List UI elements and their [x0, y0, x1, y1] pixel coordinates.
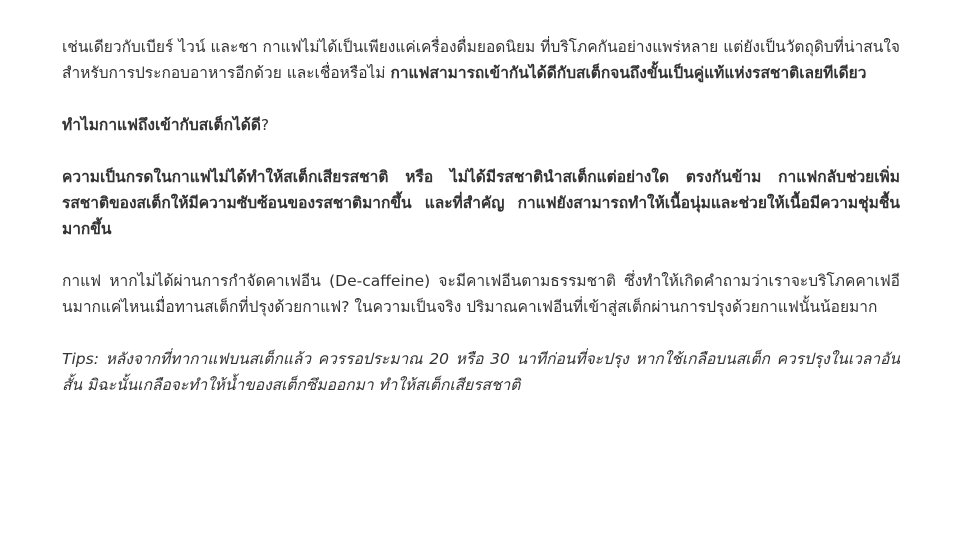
- tips-text: Tips: หลังจากที่ทากาแฟบนสเต็กแล้ว ควรรอป…: [62, 350, 900, 394]
- tips-paragraph: Tips: หลังจากที่ทากาแฟบนสเต็กแล้ว ควรรอป…: [62, 346, 900, 398]
- answer-paragraph: ความเป็นกรดในกาแฟไม่ได้ทำให้สเต็กเสียรสช…: [62, 164, 900, 242]
- caffeine-text: กาแฟ หากไม่ได้ผ่านการกำจัดคาเฟอีน (De-ca…: [62, 272, 900, 316]
- article-body: เช่นเดียวกับเบียร์ ไวน์ และชา กาแฟไม่ได้…: [62, 34, 900, 398]
- question-heading-text: ทำไมกาแฟถึงเข้ากับสเต็กได้ดี: [62, 116, 261, 134]
- caffeine-paragraph: กาแฟ หากไม่ได้ผ่านการกำจัดคาเฟอีน (De-ca…: [62, 268, 900, 320]
- question-heading: ทำไมกาแฟถึงเข้ากับสเต็กได้ดี?: [62, 112, 900, 138]
- intro-paragraph: เช่นเดียวกับเบียร์ ไวน์ และชา กาแฟไม่ได้…: [62, 34, 900, 86]
- answer-text: ความเป็นกรดในกาแฟไม่ได้ทำให้สเต็กเสียรสช…: [62, 168, 900, 238]
- intro-bold-claim: กาแฟสามารถเข้ากันได้ดีกับสเต็กจนถึงขั้นเ…: [390, 64, 866, 82]
- question-mark: ?: [261, 116, 269, 134]
